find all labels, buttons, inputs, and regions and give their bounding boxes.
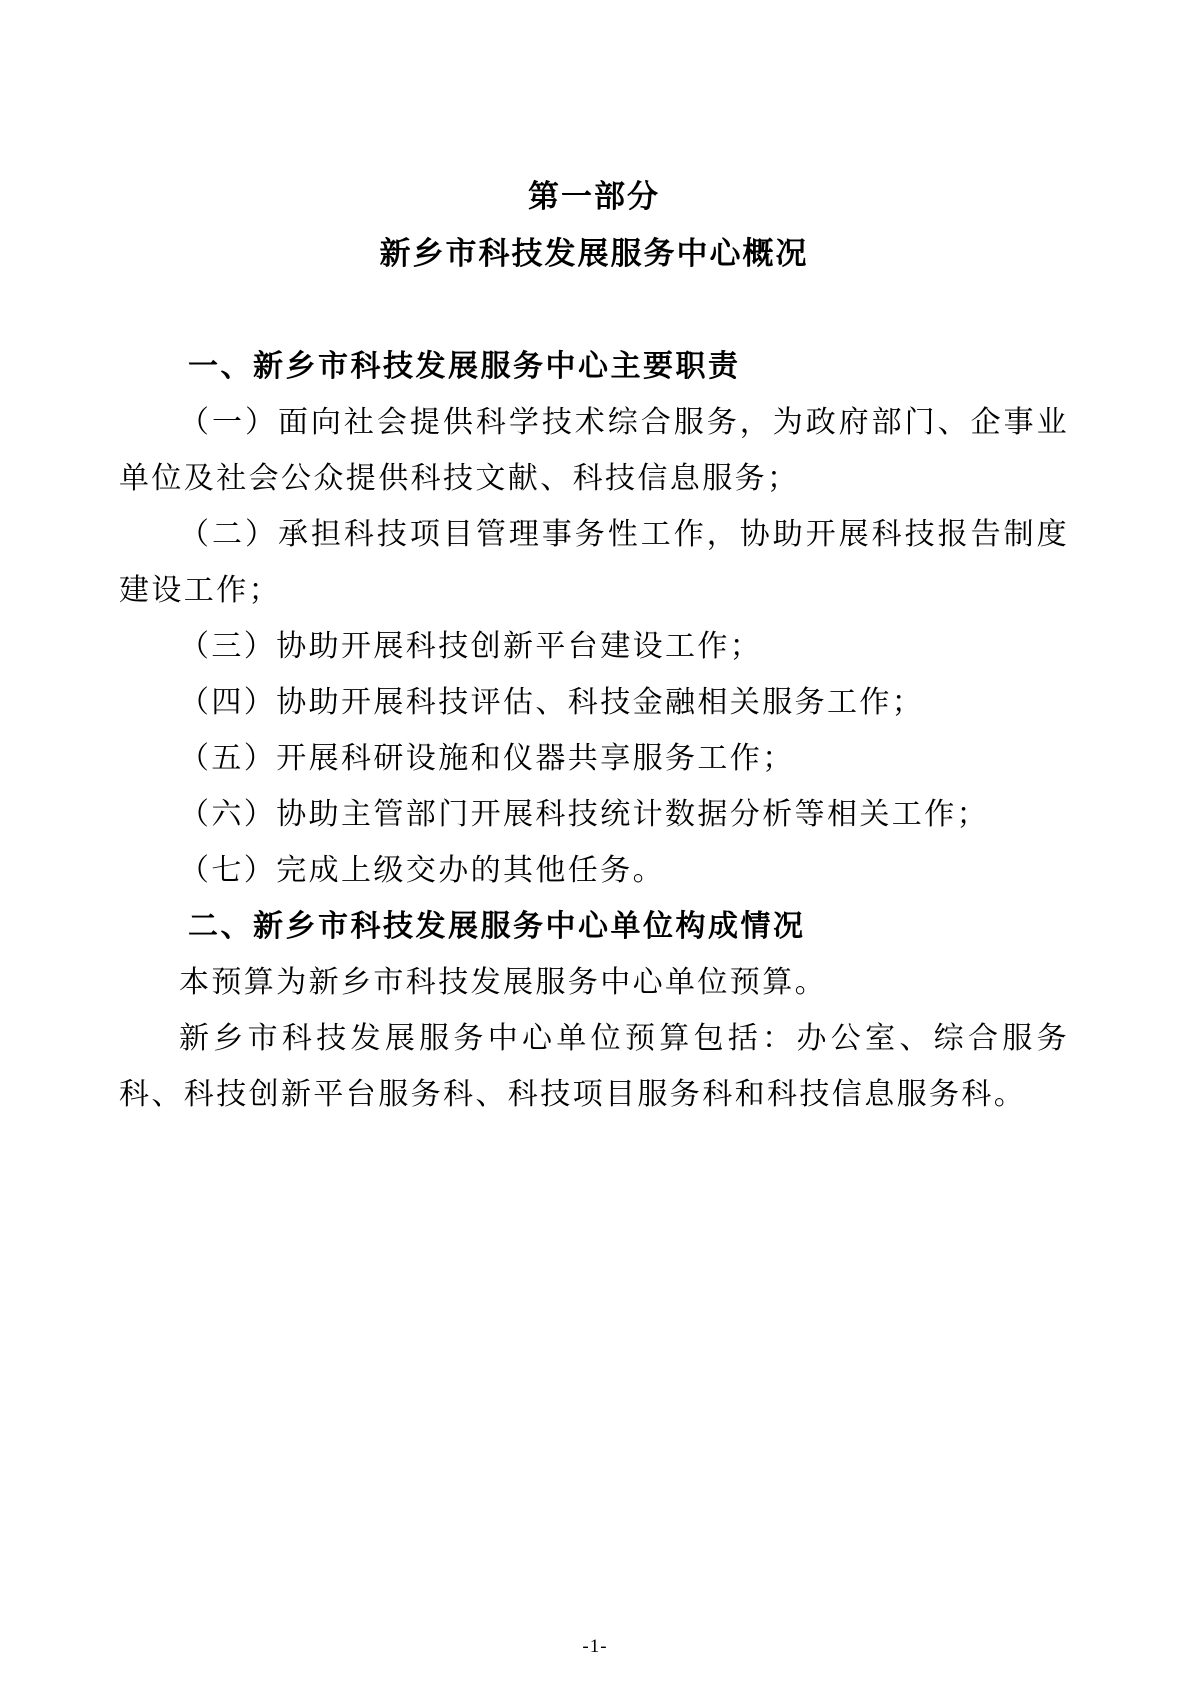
- document-content: 第一部分 新乡市科技发展服务中心概况 一、新乡市科技发展服务中心主要职责 （一）…: [119, 168, 1069, 1123]
- section-1-paragraph-4: （四）协助开展科技评估、科技金融相关服务工作；: [119, 675, 1069, 731]
- section-2-paragraph-1: 本预算为新乡市科技发展服务中心单位预算。: [119, 955, 1069, 1011]
- section-1-paragraph-5: （五）开展科研设施和仪器共享服务工作；: [119, 731, 1069, 787]
- section-1-paragraph-3: （三）协助开展科技创新平台建设工作；: [119, 619, 1069, 675]
- page-number: -1-: [0, 1636, 1190, 1658]
- document-page: 第一部分 新乡市科技发展服务中心概况 一、新乡市科技发展服务中心主要职责 （一）…: [0, 0, 1190, 1684]
- section-1-paragraph-7: （七）完成上级交办的其他任务。: [119, 843, 1069, 899]
- section-1-paragraph-6: （六）协助主管部门开展科技统计数据分析等相关工作；: [119, 787, 1069, 843]
- section-1-paragraph-1: （一）面向社会提供科学技术综合服务，为政府部门、企事业单位及社会公众提供科技文献…: [119, 395, 1069, 507]
- section-2-heading: 二、新乡市科技发展服务中心单位构成情况: [119, 899, 1069, 955]
- document-part-subtitle: 新乡市科技发展服务中心概况: [119, 225, 1069, 282]
- title-spacer: [119, 282, 1069, 339]
- section-2-paragraph-2: 新乡市科技发展服务中心单位预算包括：办公室、综合服务科、科技创新平台服务科、科技…: [119, 1011, 1069, 1123]
- section-1-heading: 一、新乡市科技发展服务中心主要职责: [119, 339, 1069, 395]
- document-part-title: 第一部分: [119, 168, 1069, 225]
- section-1-paragraph-2: （二）承担科技项目管理事务性工作，协助开展科技报告制度建设工作；: [119, 507, 1069, 619]
